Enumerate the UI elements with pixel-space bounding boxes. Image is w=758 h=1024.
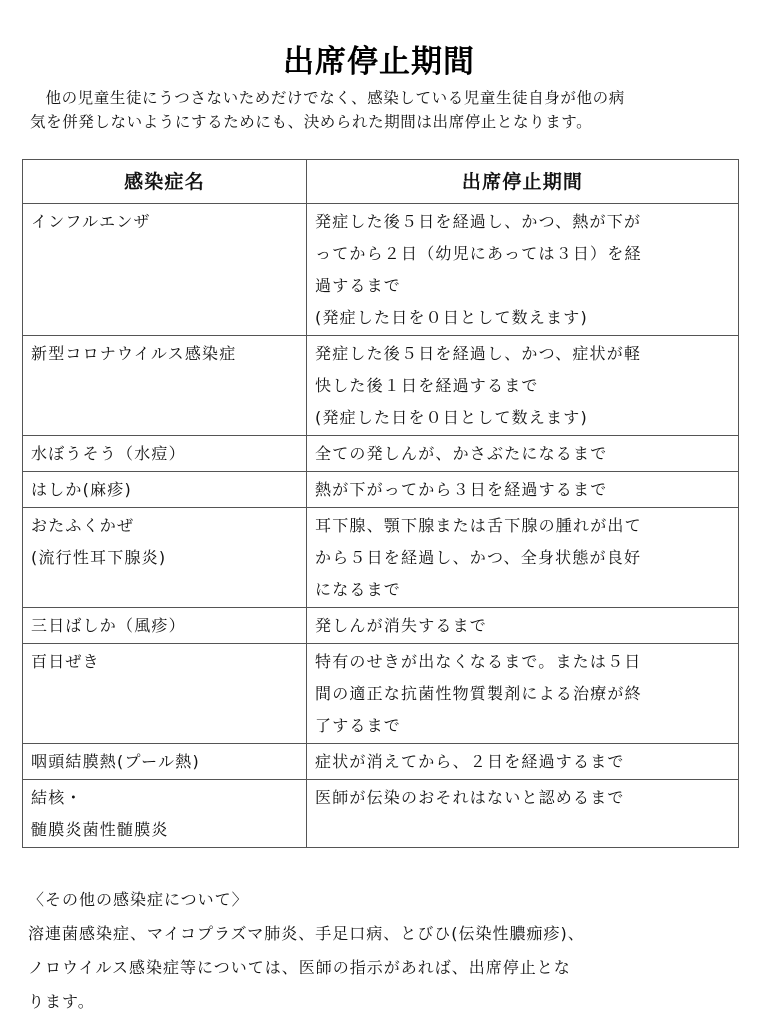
period-line: 全ての発しんが、かさぶたになるまで xyxy=(315,438,730,470)
disease-name: 新型コロナウイルス感染症 xyxy=(31,338,298,370)
period-line: 発しんが消失するまで xyxy=(315,610,730,642)
period-line: 快した後１日を経過するまで xyxy=(315,370,730,402)
table-row: 咽頭結膜熱(プール熱) 症状が消えてから、２日を経過するまで xyxy=(23,744,739,780)
disease-name-cell: 結核・ 髄膜炎菌性髄膜炎 xyxy=(23,780,307,848)
table-header-row: 感染症名 出席停止期間 xyxy=(23,160,739,204)
period-cell: 全ての発しんが、かさぶたになるまで xyxy=(307,436,739,472)
table-row: 水ぼうそう（水痘） 全ての発しんが、かさぶたになるまで xyxy=(23,436,739,472)
disease-name-cell: おたふくかぜ (流行性耳下腺炎) xyxy=(23,508,307,608)
other-infections-line: ノロウイルス感染症等については、医師の指示があれば、出席停止とな xyxy=(28,951,748,985)
table-row: 新型コロナウイルス感染症 発症した後５日を経過し、かつ、症状が軽 快した後１日を… xyxy=(23,336,739,436)
table-row: インフルエンザ 発症した後５日を経過し、かつ、熱が下が ってから２日（幼児にあっ… xyxy=(23,204,739,336)
disease-name: インフルエンザ xyxy=(31,206,298,238)
period-cell: 医師が伝染のおそれはないと認めるまで xyxy=(307,780,739,848)
disease-name-cell: 水ぼうそう（水痘） xyxy=(23,436,307,472)
table-row: 結核・ 髄膜炎菌性髄膜炎 医師が伝染のおそれはないと認めるまで xyxy=(23,780,739,848)
other-infections-heading: 〈その他の感染症について〉 xyxy=(28,885,748,915)
disease-name: 結核・ xyxy=(31,782,298,814)
disease-name: はしか(麻疹) xyxy=(31,474,298,506)
period-line: 医師が伝染のおそれはないと認めるまで xyxy=(315,782,730,814)
period-cell: 発しんが消失するまで xyxy=(307,608,739,644)
period-cell: 症状が消えてから、２日を経過するまで xyxy=(307,744,739,780)
period-cell: 発症した後５日を経過し、かつ、熱が下が ってから２日（幼児にあっては３日）を経 … xyxy=(307,204,739,336)
disease-name: 三日ばしか（風疹） xyxy=(31,610,298,642)
intro-paragraph: 他の児童生徒にうつさないためだけでなく、感染している児童生徒自身が他の病 気を併… xyxy=(30,86,740,134)
table-row: はしか(麻疹) 熱が下がってから３日を経過するまで xyxy=(23,472,739,508)
disease-name-cell: 百日ぜき xyxy=(23,644,307,744)
other-infections-section: 〈その他の感染症について〉 溶連菌感染症、マイコプラズマ肺炎、手足口病、とびひ(… xyxy=(28,885,748,1019)
disease-name: 百日ぜき xyxy=(31,646,298,678)
disease-name-cell: 三日ばしか（風疹） xyxy=(23,608,307,644)
other-infections-line: ります。 xyxy=(28,985,748,1019)
disease-name-cell: インフルエンザ xyxy=(23,204,307,336)
period-line: 特有のせきが出なくなるまで。または５日 xyxy=(315,646,730,678)
disease-name: (流行性耳下腺炎) xyxy=(31,542,298,574)
disease-name: おたふくかぜ xyxy=(31,510,298,542)
disease-name: 水ぼうそう（水痘） xyxy=(31,438,298,470)
period-line: 間の適正な抗菌性物質製剤による治療が終 xyxy=(315,678,730,710)
period-cell: 耳下腺、顎下腺または舌下腺の腫れが出て から５日を経過し、かつ、全身状態が良好 … xyxy=(307,508,739,608)
period-line: ってから２日（幼児にあっては３日）を経 xyxy=(315,238,730,270)
disease-name: 髄膜炎菌性髄膜炎 xyxy=(31,814,298,846)
period-line: 発症した後５日を経過し、かつ、熱が下が xyxy=(315,206,730,238)
period-line: から５日を経過し、かつ、全身状態が良好 xyxy=(315,542,730,574)
header-disease-name: 感染症名 xyxy=(23,160,307,204)
period-line: (発症した日を０日として数えます) xyxy=(315,402,730,434)
intro-line: 他の児童生徒にうつさないためだけでなく、感染している児童生徒自身が他の病 xyxy=(30,86,740,110)
disease-name-cell: 新型コロナウイルス感染症 xyxy=(23,336,307,436)
period-line: 過するまで xyxy=(315,270,730,302)
table-row: 三日ばしか（風疹） 発しんが消失するまで xyxy=(23,608,739,644)
period-line: になるまで xyxy=(315,574,730,606)
period-line: 了するまで xyxy=(315,710,730,742)
table-row: おたふくかぜ (流行性耳下腺炎) 耳下腺、顎下腺または舌下腺の腫れが出て から５… xyxy=(23,508,739,608)
other-infections-line: 溶連菌感染症、マイコプラズマ肺炎、手足口病、とびひ(伝染性膿痂疹)、 xyxy=(28,917,748,951)
disease-name-cell: はしか(麻疹) xyxy=(23,472,307,508)
attendance-suspension-table: 感染症名 出席停止期間 インフルエンザ 発症した後５日を経過し、かつ、熱が下が … xyxy=(22,159,739,848)
header-suspension-period: 出席停止期間 xyxy=(307,160,739,204)
period-line: (発症した日を０日として数えます) xyxy=(315,302,730,334)
table-row: 百日ぜき 特有のせきが出なくなるまで。または５日 間の適正な抗菌性物質製剤による… xyxy=(23,644,739,744)
intro-line: 気を併発しないようにするためにも、決められた期間は出席停止となります。 xyxy=(30,110,740,134)
period-cell: 熱が下がってから３日を経過するまで xyxy=(307,472,739,508)
period-cell: 発症した後５日を経過し、かつ、症状が軽 快した後１日を経過するまで (発症した日… xyxy=(307,336,739,436)
period-line: 熱が下がってから３日を経過するまで xyxy=(315,474,730,506)
period-cell: 特有のせきが出なくなるまで。または５日 間の適正な抗菌性物質製剤による治療が終 … xyxy=(307,644,739,744)
period-line: 症状が消えてから、２日を経過するまで xyxy=(315,746,730,778)
page-title: 出席停止期間 xyxy=(0,36,758,81)
period-line: 耳下腺、顎下腺または舌下腺の腫れが出て xyxy=(315,510,730,542)
disease-name-cell: 咽頭結膜熱(プール熱) xyxy=(23,744,307,780)
other-infections-body: 溶連菌感染症、マイコプラズマ肺炎、手足口病、とびひ(伝染性膿痂疹)、 ノロウイル… xyxy=(28,917,748,1019)
period-line: 発症した後５日を経過し、かつ、症状が軽 xyxy=(315,338,730,370)
disease-name: 咽頭結膜熱(プール熱) xyxy=(31,746,298,778)
